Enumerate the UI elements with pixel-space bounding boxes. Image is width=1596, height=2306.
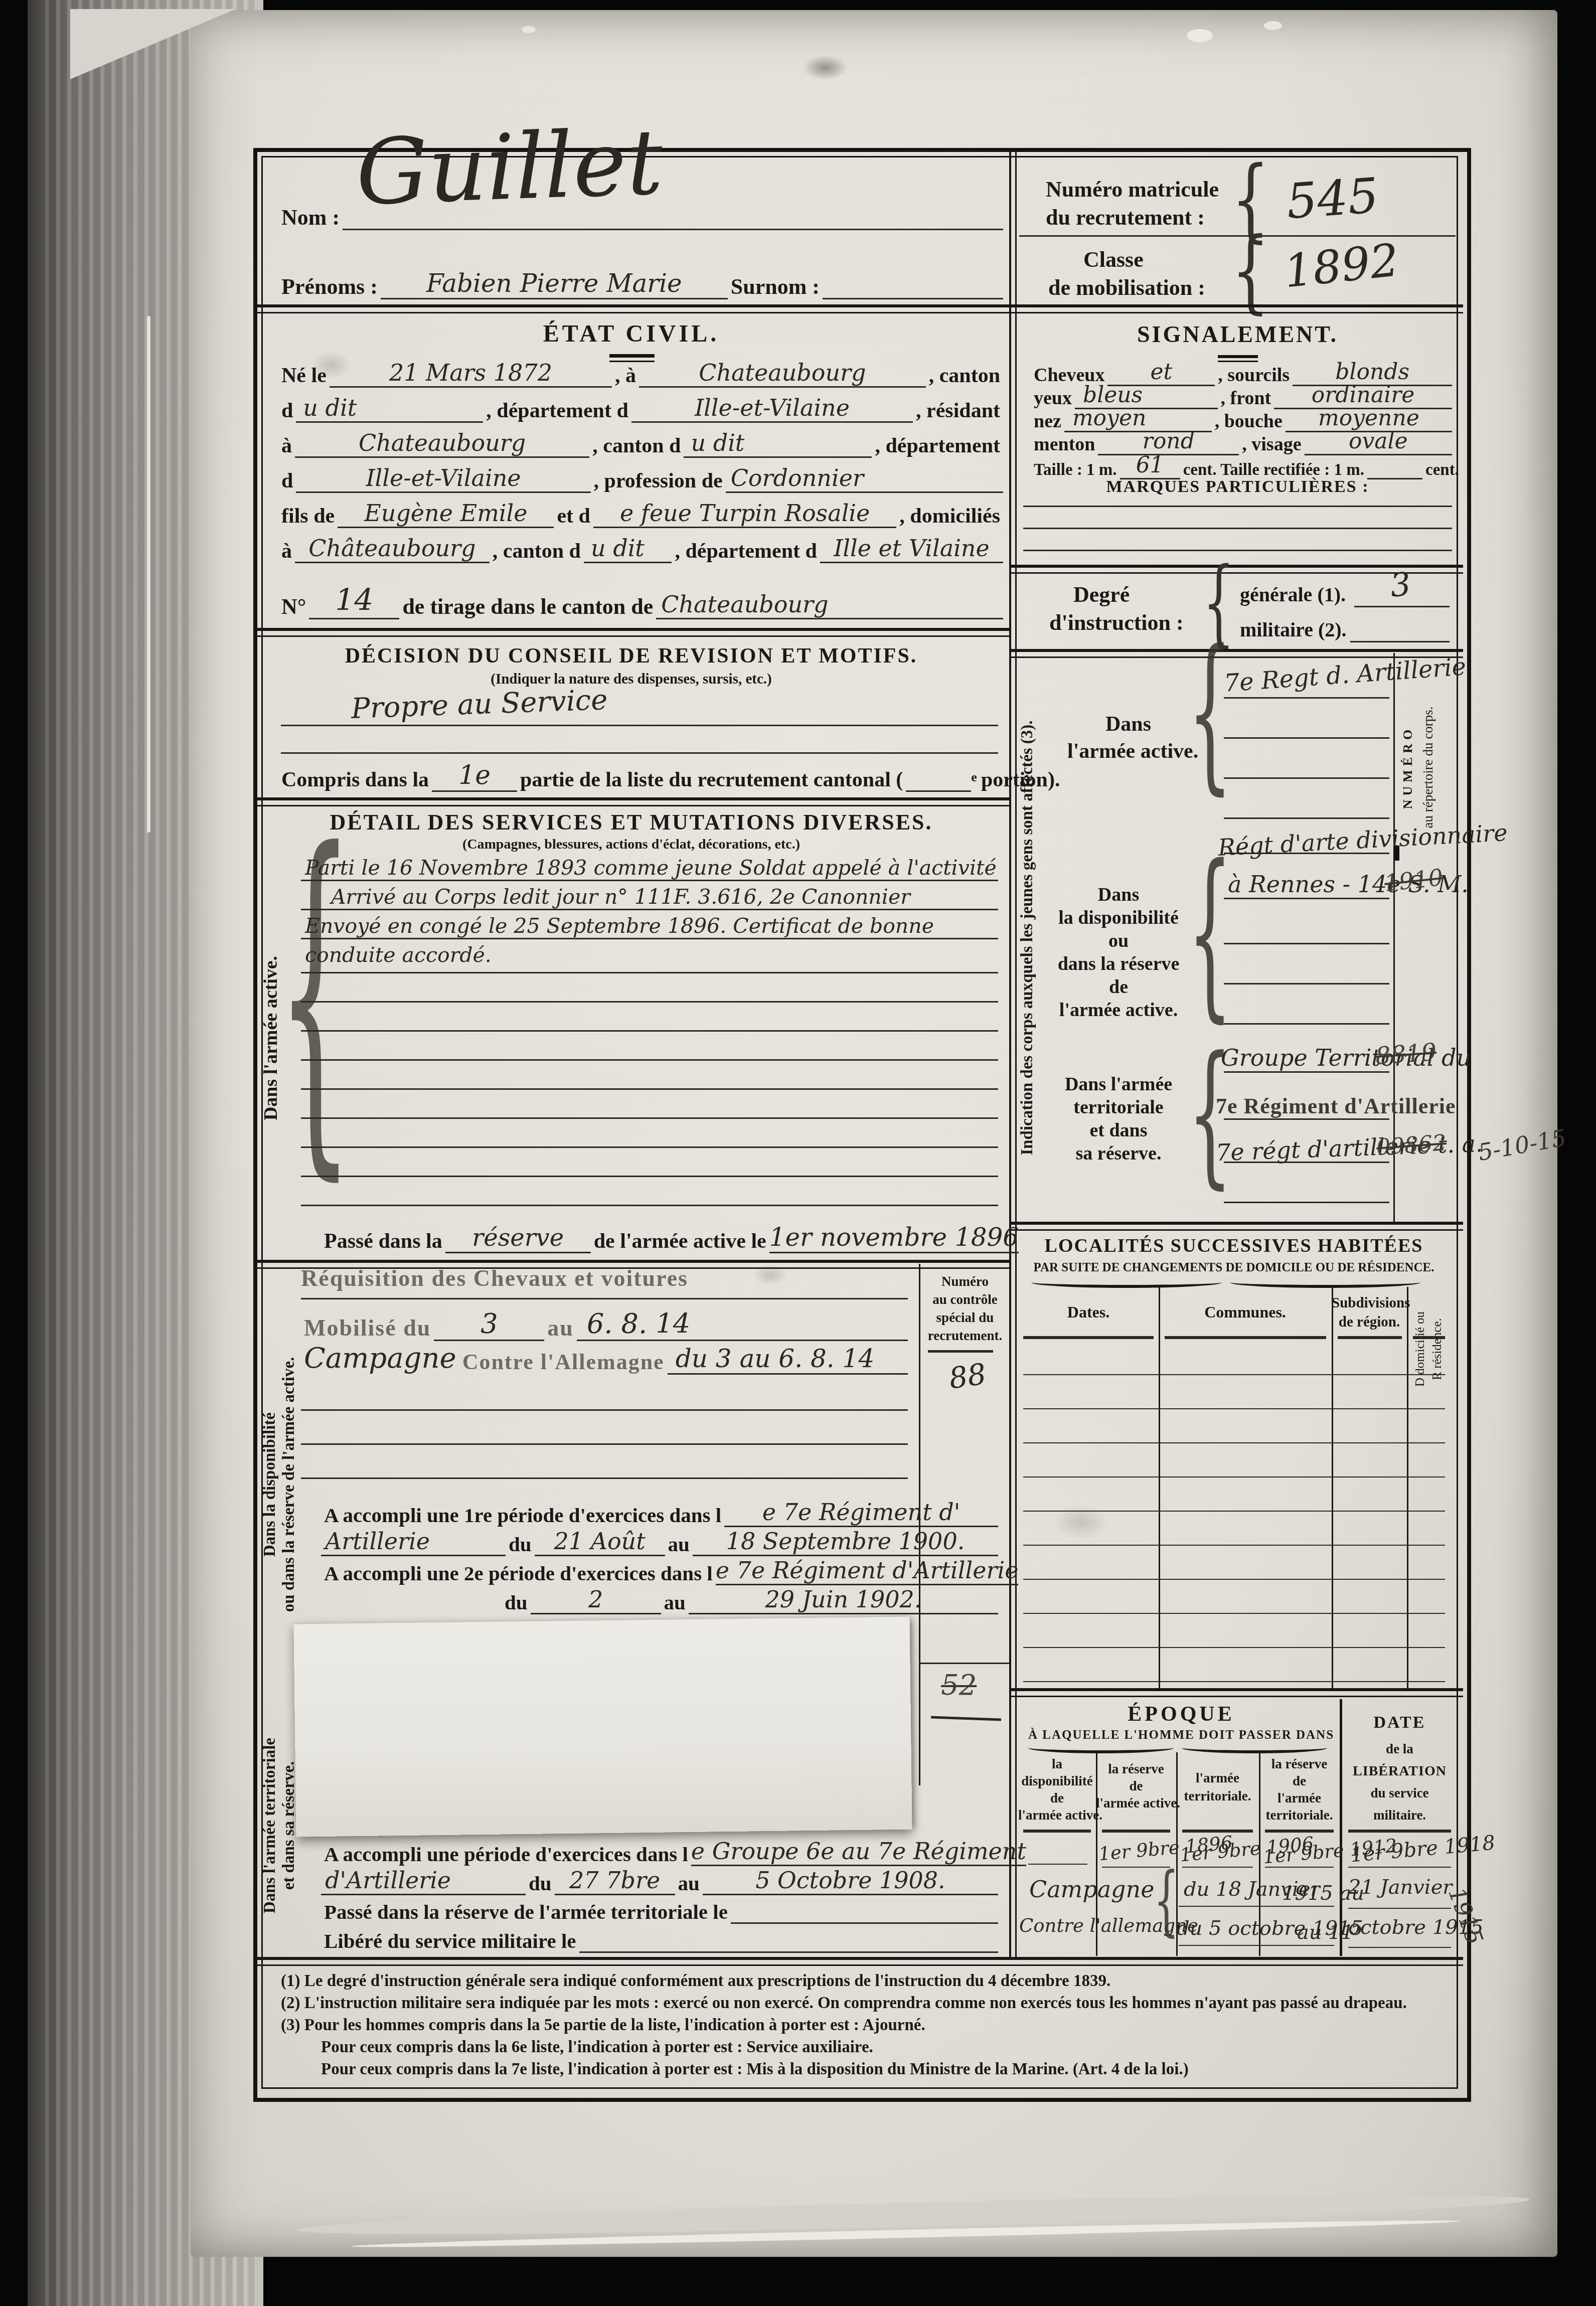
mobilise-from: 3 bbox=[434, 1308, 544, 1341]
campagne-label: Campagne bbox=[1029, 1876, 1154, 1903]
label: , profession de bbox=[591, 469, 726, 493]
terr-corps-2-struck: 09862 bbox=[1375, 1130, 1447, 1161]
generale-label: générale (1). bbox=[1240, 583, 1346, 606]
surnom-label: Surnom : bbox=[728, 274, 823, 299]
header-underline bbox=[1338, 1336, 1402, 1339]
section-brace: { bbox=[277, 775, 354, 1211]
etat-civil-row5: fils de Eugène Emile et d e feue Turpin … bbox=[278, 500, 1003, 528]
writing-line bbox=[1224, 817, 1389, 819]
margin-label-corps: Indication des corps auxquels les jeunes… bbox=[1018, 657, 1037, 1219]
periode2-row2: du 2 au 29 Juin 1902. bbox=[321, 1586, 998, 1614]
service-entry: conduite accordé. bbox=[301, 943, 998, 967]
header-rule bbox=[253, 304, 1463, 313]
label: fils de bbox=[278, 504, 338, 528]
label: du bbox=[506, 1532, 535, 1556]
writing-line bbox=[301, 1117, 998, 1119]
periode1-row1: A accompli une 1re période d'exercices d… bbox=[321, 1499, 998, 1527]
writing-line bbox=[1224, 1118, 1389, 1120]
visage-value: ovale bbox=[1305, 428, 1453, 455]
struck-controle-number: 52 bbox=[941, 1669, 977, 1702]
value-underline bbox=[1265, 1867, 1334, 1868]
portion-line bbox=[906, 790, 971, 792]
decision-title: DÉCISION DU CONSEIL DE REVISION ET MOTIF… bbox=[253, 644, 1009, 668]
marques-label: MARQUES PARTICULIÈRES : bbox=[1018, 477, 1457, 497]
mobilise-to: 6. 8. 14 bbox=[577, 1308, 908, 1341]
value-underline bbox=[1348, 1867, 1451, 1868]
header-underline bbox=[1102, 1830, 1170, 1833]
writing-line bbox=[1224, 1023, 1389, 1025]
dispo-label: l'armée active. bbox=[1053, 999, 1184, 1021]
paper-speck bbox=[1187, 29, 1213, 42]
label: Passé dans la réserve de l'armée territo… bbox=[321, 1900, 731, 1924]
label: Libéré du service militaire le bbox=[321, 1929, 579, 1953]
matricule-label: Numéro matricule bbox=[1046, 177, 1219, 202]
header-underline bbox=[1348, 1830, 1451, 1833]
periode3-row1: A accompli une période d'exercices dans … bbox=[321, 1838, 998, 1866]
departement-value: Ille et Vilaine bbox=[820, 535, 1003, 563]
writing-line bbox=[301, 1176, 998, 1177]
prenoms-label: Prénoms : bbox=[278, 274, 381, 299]
classe-label2: de mobilisation : bbox=[1048, 275, 1205, 300]
writing-line bbox=[1023, 550, 1452, 551]
epoque-col1: la bbox=[1018, 1756, 1096, 1772]
periode1-to: 18 Septembre 1900. bbox=[693, 1528, 998, 1556]
table-row-line bbox=[1023, 1374, 1445, 1375]
footnote-3: (3) Pour les hommes compris dans la 5e p… bbox=[281, 2016, 925, 2035]
epoque-col3: l'armée bbox=[1176, 1770, 1259, 1786]
separator-swash bbox=[1031, 1277, 1222, 1288]
date-liberation-header: du service bbox=[1342, 1785, 1457, 1801]
epoque-col2: l'armée active. bbox=[1096, 1795, 1176, 1811]
col-dates: Dates. bbox=[1018, 1303, 1159, 1322]
etat-civil-row6: à Châteaubourg , canton d u dit , départ… bbox=[278, 535, 1003, 563]
label: , canton bbox=[926, 364, 1003, 388]
writing-line bbox=[1224, 853, 1389, 854]
table-row-line bbox=[1023, 1442, 1445, 1443]
services-title: DÉTAIL DES SERVICES ET MUTATIONS DIVERSE… bbox=[253, 809, 1009, 835]
label: au bbox=[665, 1532, 693, 1556]
epoque-col1: disponibilité bbox=[1018, 1773, 1096, 1789]
epoque-col4: la réserve bbox=[1259, 1756, 1340, 1772]
dispo-label: la disponibilité bbox=[1053, 907, 1184, 929]
label: du bbox=[526, 1871, 555, 1895]
writing-line bbox=[731, 1922, 998, 1924]
header-underline bbox=[1165, 1336, 1326, 1339]
dispo-label: Dans bbox=[1053, 884, 1184, 906]
libere-row: Libéré du service militaire le bbox=[321, 1929, 998, 1953]
campagne-date: 21 Janvier bbox=[1348, 1876, 1452, 1899]
armee-active-label-2: l'armée active. bbox=[1067, 739, 1198, 763]
etat-civil-title: ÉTAT CIVIL. bbox=[253, 320, 1009, 348]
campagne-brace: { bbox=[1154, 1856, 1179, 1944]
requisition-stamp: Réquisition des Chevaux et voitures bbox=[301, 1265, 688, 1291]
terr-label: et dans bbox=[1053, 1119, 1184, 1141]
canton-value: u dit bbox=[684, 429, 872, 458]
etat-civil-row2: d u dit , département d Ille-et-Vilaine … bbox=[278, 394, 1003, 423]
terr-label: Dans l'armée bbox=[1053, 1073, 1184, 1095]
periode1-row2: Artillerie du 21 Août au 18 Septembre 19… bbox=[321, 1528, 998, 1556]
footnote-4: Pour ceux compris dans la 6e liste, l'in… bbox=[321, 2038, 873, 2057]
writing-line bbox=[1224, 898, 1389, 899]
contre-allemagne-stamp: Contre l'Allemagne bbox=[459, 1349, 668, 1375]
footnote-1: (1) Le degré d'instruction générale sera… bbox=[281, 1972, 1110, 1991]
label: , résidant bbox=[913, 399, 1003, 423]
terr-label: sa réserve. bbox=[1053, 1142, 1184, 1165]
label: à bbox=[278, 539, 295, 563]
epoque-title: ÉPOQUE bbox=[1018, 1702, 1344, 1726]
au-stamp: au bbox=[544, 1314, 577, 1341]
writing-line bbox=[1224, 1071, 1389, 1073]
dispo-label: ou bbox=[1053, 930, 1184, 952]
label: à bbox=[278, 434, 295, 458]
date-liberation-header: militaire. bbox=[1342, 1807, 1457, 1823]
separator-swash bbox=[1182, 1742, 1327, 1753]
periode3-from: 27 7bre bbox=[555, 1867, 675, 1895]
decision-subtitle: (Indiquer la nature des dispenses, sursi… bbox=[253, 671, 1009, 688]
value-underline bbox=[1179, 1906, 1334, 1907]
col-subdivisions-2: de région. bbox=[1332, 1314, 1407, 1331]
date-liberation-header: LIBÉRATION bbox=[1342, 1763, 1457, 1779]
table-row-line bbox=[1023, 1408, 1445, 1409]
periode2-from: 2 bbox=[531, 1586, 661, 1614]
tirage-number: 14 bbox=[309, 583, 399, 619]
value-underline bbox=[1179, 1945, 1334, 1946]
writing-line bbox=[301, 1409, 908, 1411]
table-row-line bbox=[1023, 1647, 1445, 1648]
matricule-label2: du recrutement : bbox=[1046, 205, 1205, 230]
controle-header: recrutement. bbox=[921, 1328, 1009, 1344]
menton-value: rond bbox=[1098, 428, 1239, 455]
header-underline bbox=[1023, 1830, 1091, 1833]
epoque-col2: de bbox=[1096, 1778, 1176, 1794]
tirage-label: N° bbox=[278, 594, 309, 619]
label: et d bbox=[554, 504, 593, 528]
label: , domiciliés bbox=[896, 504, 1003, 528]
profession-value: Cordonnier bbox=[726, 464, 1003, 493]
header-underline bbox=[1413, 1336, 1445, 1339]
label: cent. Taille rectifiée : 1 m. bbox=[1180, 461, 1367, 479]
matricule-value: 545 bbox=[1285, 168, 1380, 230]
value-underline bbox=[1028, 1864, 1087, 1865]
residence-value: Chateaubourg bbox=[295, 429, 589, 458]
writing-line bbox=[1224, 1162, 1389, 1163]
pasted-paper-slip bbox=[293, 1615, 912, 1837]
etat-civil-row1: Né le 21 Mars 1872 , à Chateaubourg , ca… bbox=[278, 359, 1003, 388]
paper-speck bbox=[522, 26, 536, 33]
departement-value: Ille-et-Vilaine bbox=[631, 394, 913, 423]
prenoms-value: Fabien Pierre Marie bbox=[381, 269, 728, 299]
writing-line bbox=[579, 1951, 999, 1953]
domicile-value: Châteaubourg bbox=[295, 535, 490, 563]
label: d bbox=[278, 469, 296, 493]
date-liberation-header: de la bbox=[1342, 1741, 1457, 1757]
col-domicile-residence-2: R résidence. bbox=[1430, 1244, 1445, 1454]
label: , canton d bbox=[490, 539, 584, 563]
epoque-col1: l'armée active. bbox=[1018, 1807, 1096, 1823]
header-underline bbox=[1023, 1336, 1154, 1339]
writing-line bbox=[301, 1205, 998, 1206]
margin-label-disponibilite: Dans la disponibilité bbox=[261, 1284, 279, 1685]
degre-label-2: d'instruction : bbox=[1049, 610, 1184, 635]
table-row-line bbox=[1023, 1545, 1445, 1546]
dispo-label: de bbox=[1053, 976, 1184, 998]
controle-header: au contrôle bbox=[921, 1292, 1009, 1307]
localites-title: LOCALITÉS SUCCESSIVES HABITÉES bbox=[1018, 1235, 1450, 1257]
periode2-to: 29 Juin 1902. bbox=[689, 1586, 998, 1614]
label: , à bbox=[612, 364, 639, 388]
nom-label: Nom : bbox=[278, 205, 343, 230]
label: , département d bbox=[672, 539, 820, 563]
periode3-row2: d'Artillerie du 27 7bre au 5 Octobre 190… bbox=[321, 1867, 998, 1895]
localites-col-divider bbox=[1407, 1287, 1408, 1688]
epoque-col4: territoriale. bbox=[1259, 1807, 1340, 1823]
label: cent. bbox=[1422, 461, 1462, 479]
writing-line bbox=[301, 1298, 908, 1299]
passe-reserve-row: Passé dans la réserve de l'armée active … bbox=[321, 1223, 998, 1253]
separator-swash bbox=[1230, 1277, 1420, 1288]
compris-row: Compris dans la 1e partie de la liste du… bbox=[278, 760, 1003, 792]
footnote-5: Pour ceux compris dans la 7e liste, l'in… bbox=[321, 2060, 1189, 2079]
taille-row: Taille : 1 m. 61 cent. Taille rectifiée … bbox=[1031, 452, 1452, 479]
writing-line bbox=[1224, 737, 1389, 739]
campagne-row: Campagne Contre l'Allemagne du 3 au 6. 8… bbox=[301, 1342, 908, 1375]
periode3-to: 5 Octobre 1908. bbox=[703, 1867, 998, 1895]
active-brace: { bbox=[1188, 615, 1232, 811]
writing-line bbox=[301, 972, 998, 973]
cell-divider bbox=[919, 1663, 1009, 1664]
degre-label-1: Degré bbox=[1073, 582, 1130, 607]
etat-civil-row4: d Ille-et-Vilaine , profession de Cordon… bbox=[278, 464, 1003, 493]
label: , département bbox=[872, 434, 1003, 458]
table-row-line bbox=[1023, 1476, 1445, 1477]
generale-value: 3 bbox=[1388, 566, 1412, 605]
service-entry: Envoyé en congé le 25 Septembre 1896. Ce… bbox=[301, 914, 998, 939]
periode3-arme: d'Artillerie bbox=[321, 1867, 526, 1895]
controle-header: Numéro bbox=[921, 1274, 1009, 1289]
label: au bbox=[675, 1871, 703, 1895]
writing-line bbox=[301, 1477, 908, 1479]
prenoms-row: Prénoms : Fabien Pierre Marie Surnom : bbox=[278, 269, 1003, 299]
etat-civil-row3: à Chateaubourg , canton d u dit , départ… bbox=[278, 429, 1003, 458]
epoque-subtitle: À LAQUELLE L'HOMME DOIT PASSER DANS bbox=[1018, 1728, 1344, 1742]
writing-line bbox=[301, 1059, 998, 1061]
column-divider-inner bbox=[1015, 152, 1017, 1958]
tirage-row: N° 14 de tirage dans le canton de Chatea… bbox=[278, 583, 1003, 619]
header-underline bbox=[1265, 1830, 1334, 1833]
departement-value: Ille-et-Vilaine bbox=[296, 464, 590, 493]
writing-line bbox=[281, 725, 998, 726]
paper-speck bbox=[1264, 21, 1282, 30]
taille-value: 61 bbox=[1120, 452, 1180, 479]
terr-corps-1-struck: 8819 bbox=[1374, 1038, 1438, 1070]
terr-corps-stamp: 7e Régiment d'Artillerie bbox=[1216, 1093, 1456, 1119]
periode3-regiment: e Groupe 6e au 7e Régiment bbox=[691, 1838, 1026, 1866]
page-edge-highlight bbox=[147, 316, 150, 833]
classe-label: Classe bbox=[1083, 247, 1144, 272]
service-line-4: conduite accordé. bbox=[301, 943, 998, 967]
periode1-regiment: e 7e Régiment d' bbox=[724, 1499, 998, 1527]
epoque-col2: la réserve bbox=[1096, 1761, 1176, 1777]
mobilise-row: Mobilisé du 3 au 6. 8. 14 bbox=[301, 1308, 908, 1341]
col-subdivisions: Subdivisions bbox=[1332, 1295, 1407, 1311]
label: A accompli une 1re période d'exercices d… bbox=[321, 1503, 724, 1527]
periode2-row1: A accompli une 2e période d'exercices da… bbox=[321, 1557, 998, 1585]
nom-line bbox=[343, 229, 1003, 230]
birth-place: Chateaubourg bbox=[639, 359, 926, 388]
services-subtitle: (Campagnes, blessures, actions d'éclat, … bbox=[253, 837, 1009, 853]
writing-line bbox=[301, 1088, 998, 1090]
periode1-arme: Artillerie bbox=[321, 1528, 506, 1556]
name-signature: Guillet bbox=[355, 110, 665, 225]
localites-subtitle: PAR SUITE DE CHANGEMENTS DE DOMICILE OU … bbox=[1018, 1261, 1450, 1275]
writing-line bbox=[1224, 943, 1389, 944]
table-row-line bbox=[1023, 1579, 1445, 1580]
table-row-line bbox=[1023, 1613, 1445, 1614]
localites-col-divider bbox=[1159, 1287, 1160, 1688]
label: partie de la liste du recrutement canton… bbox=[517, 768, 906, 792]
writing-line bbox=[1354, 606, 1450, 607]
label: Né le bbox=[278, 364, 330, 388]
writing-line bbox=[301, 1001, 998, 1003]
separator-swash bbox=[1028, 1742, 1174, 1753]
section-rule bbox=[253, 628, 1009, 637]
writing-line bbox=[1224, 1202, 1389, 1203]
writing-line bbox=[1224, 983, 1389, 984]
signalement-row4: menton rond , visage ovale bbox=[1031, 428, 1452, 455]
col-communes: Communes. bbox=[1159, 1303, 1332, 1322]
writing-line bbox=[301, 1146, 998, 1148]
label: , département d bbox=[483, 399, 631, 423]
writing-line bbox=[1023, 528, 1452, 529]
column-divider bbox=[1009, 152, 1011, 1958]
writing-line bbox=[281, 752, 998, 754]
service-entry: Parti le 16 Novembre 1893 comme jeune So… bbox=[301, 856, 998, 881]
tirage-canton: Chateaubourg bbox=[656, 591, 1003, 619]
service-line-2: Arrivé au Corps ledit jour n° 111F. 3.61… bbox=[301, 885, 998, 910]
stain bbox=[803, 55, 848, 80]
col-domicile-residence: D domicilié ou bbox=[1413, 1244, 1427, 1454]
value-underline bbox=[1348, 1947, 1451, 1948]
canton-value: u dit bbox=[584, 535, 672, 563]
dispo-label: dans la réserve bbox=[1053, 953, 1184, 975]
mobilise-stamp: Mobilisé du bbox=[301, 1314, 434, 1341]
section-rule bbox=[1009, 1222, 1463, 1231]
campagne-hw: Campagne bbox=[301, 1342, 459, 1375]
localites-col-divider bbox=[1332, 1287, 1333, 1688]
margin-label-territoriale: Dans l'armée territoriale bbox=[261, 1670, 279, 1981]
campagne-dates: du 3 au 6. 8. 14 bbox=[668, 1344, 908, 1375]
writing-line bbox=[1023, 506, 1452, 507]
label: d bbox=[278, 399, 296, 423]
periode1-from: 21 Août bbox=[535, 1528, 665, 1556]
writing-line bbox=[301, 1443, 908, 1445]
writing-line bbox=[1224, 777, 1389, 779]
label: A accompli une 2e période d'exercices da… bbox=[321, 1561, 716, 1585]
table-row-line bbox=[1023, 1511, 1445, 1512]
liste-partie: 1e bbox=[432, 760, 517, 792]
mother-name: e feue Turpin Rosalie bbox=[593, 500, 896, 528]
father-name: Eugène Emile bbox=[338, 500, 554, 528]
label: Passé dans la bbox=[321, 1229, 445, 1253]
writing-line bbox=[1224, 697, 1389, 699]
canton-value: u dit bbox=[296, 394, 483, 423]
controle-value: 88 bbox=[947, 1357, 989, 1396]
epoque-col3: territoriale. bbox=[1176, 1788, 1259, 1804]
label: de tirage dans le canton de bbox=[399, 594, 656, 619]
signalement-title: SIGNALEMENT. bbox=[1018, 321, 1457, 348]
sup-e: e bbox=[971, 770, 978, 792]
header-underline bbox=[1182, 1830, 1253, 1833]
service-line-1: Parti le 16 Novembre 1893 comme jeune So… bbox=[301, 856, 998, 881]
epoque-col4: l'armée bbox=[1259, 1790, 1340, 1806]
label: A accompli une période d'exercices dans … bbox=[321, 1842, 691, 1866]
passe-reserve-date: 1er novembre 1896 bbox=[769, 1223, 1019, 1253]
surnom-line bbox=[823, 298, 1003, 299]
controle-header: spécial du bbox=[921, 1310, 1009, 1326]
value-underline bbox=[1348, 1908, 1451, 1909]
periode2-regiment: e 7e Régiment d'Artillerie bbox=[716, 1557, 1019, 1585]
section-rule bbox=[1009, 649, 1463, 658]
writing-line bbox=[1350, 641, 1450, 642]
date-liberation-header: DATE bbox=[1342, 1713, 1457, 1732]
label: Taille : 1 m. bbox=[1031, 461, 1120, 479]
militaire-label: militaire (2). bbox=[1240, 618, 1347, 641]
controle-underline bbox=[928, 1350, 993, 1353]
section-rule bbox=[253, 797, 1009, 806]
table-row-line bbox=[1023, 1681, 1445, 1682]
campagne-date: au 11 bbox=[1297, 1921, 1354, 1944]
section-rule bbox=[1009, 1688, 1463, 1697]
footnote-2: (2) L'instruction militaire sera indiqué… bbox=[281, 1994, 1407, 2013]
label: du bbox=[502, 1590, 531, 1614]
label: de l'armée active le bbox=[591, 1229, 769, 1253]
footnotes-rule bbox=[253, 1957, 1463, 1966]
birth-date: 21 Mars 1872 bbox=[330, 359, 612, 388]
writing-line bbox=[301, 1030, 998, 1032]
armee-active-label-1: Dans bbox=[1105, 712, 1151, 736]
scanned-military-register-photo: Guillet Nom : Prénoms : Fabien Pierre Ma… bbox=[0, 0, 1596, 2306]
label: , canton d bbox=[589, 434, 684, 458]
epoque-col4: de bbox=[1259, 1773, 1340, 1789]
terr-label: territoriale bbox=[1053, 1096, 1184, 1118]
passe-territoriale-row: Passé dans la réserve de l'armée territo… bbox=[321, 1900, 998, 1924]
service-entry: Arrivé au Corps ledit jour n° 111F. 3.61… bbox=[301, 885, 998, 910]
passe-reserve-value: réserve bbox=[445, 1224, 591, 1253]
service-line-3: Envoyé en congé le 25 Septembre 1896. Ce… bbox=[301, 914, 998, 939]
label: au bbox=[661, 1590, 689, 1614]
epoque-col1: de bbox=[1018, 1790, 1096, 1806]
value-underline bbox=[1182, 1867, 1253, 1868]
